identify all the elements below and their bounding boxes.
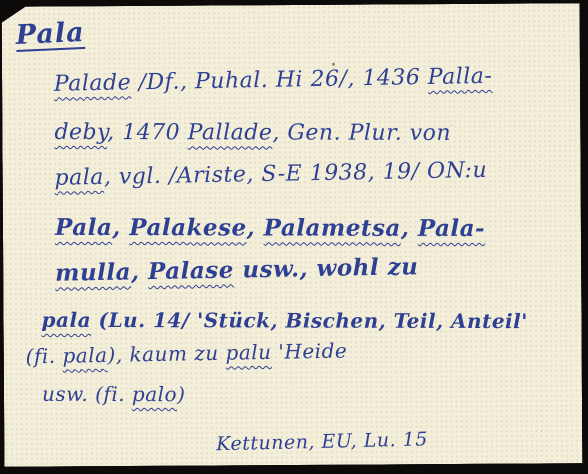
text-segment: ,: [131, 258, 149, 285]
text-segment: palu: [225, 340, 271, 365]
handwritten-line: Palade /Df., Puhal. Hi 26/, 1436 Palla-: [2, 62, 567, 119]
text-segment: 'Heide: [271, 338, 347, 363]
text-segment: Palametsa: [264, 214, 401, 241]
attribution-line: Kettunen, EU, Lu. 15: [216, 428, 428, 455]
text-segment: Pala-: [418, 215, 485, 242]
text-segment: Palakese: [129, 214, 246, 241]
handwritten-line: pala, vgl. /Ariste, S-E 1938, 19/ ON:u: [2, 156, 567, 213]
text-segment: /Df., Puhal. Hi 26/, 1436: [131, 65, 428, 95]
text-segment: ,: [401, 215, 418, 242]
paper-speck: [332, 63, 335, 66]
text-segment: (Lu. 14/ 'Stück, Bischen, Teil, Anteil': [91, 308, 528, 333]
entry-body: Palade /Df., Puhal. Hi 26/, 1436 Palla-d…: [2, 69, 568, 418]
text-segment: Pallade: [188, 120, 273, 145]
text-segment: deby: [54, 120, 107, 145]
text-segment: ,: [247, 214, 264, 241]
text-segment: , Gen. Plur. von: [272, 120, 451, 145]
text-segment: usw. (fi.: [42, 382, 132, 406]
text-segment: Palade: [54, 70, 132, 96]
text-segment: , 1470: [107, 120, 188, 145]
text-segment: usw., wohl zu: [234, 253, 419, 283]
handwritten-line: mulla, Palase usw., wohl zu: [3, 250, 568, 307]
text-segment: (fi.: [25, 344, 62, 369]
text-segment: ), kaum zu: [107, 341, 225, 367]
handwritten-line: usw. (fi. palo): [4, 382, 568, 420]
text-segment: palo: [132, 382, 177, 406]
text-segment: pala: [62, 343, 107, 368]
scanned-card-image: Pala Palade /Df., Puhal. Hi 26/, 1436 Pa…: [0, 0, 588, 474]
text-segment: ): [177, 382, 185, 406]
text-segment: Palla-: [428, 64, 493, 90]
index-card: Pala Palade /Df., Puhal. Hi 26/, 1436 Pa…: [2, 3, 583, 467]
text-segment: pala: [42, 308, 92, 332]
text-segment: Palase: [148, 257, 234, 286]
text-segment: pala: [54, 165, 104, 191]
text-segment: ,: [112, 214, 129, 241]
card-headword: Pala: [15, 17, 85, 51]
text-segment: Pala: [55, 214, 112, 241]
text-segment: mulla: [55, 258, 131, 286]
